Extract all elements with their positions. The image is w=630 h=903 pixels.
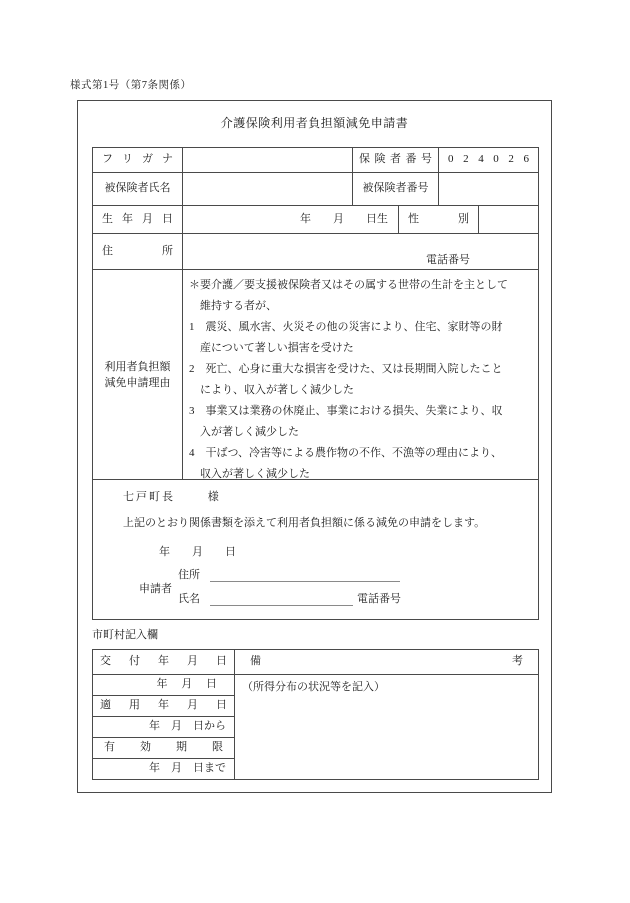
furigana-label: フ リ ガ ナ [93, 148, 183, 173]
applicant-phone-label: 電話番号 [357, 593, 401, 606]
remarks-label-right: 考 [512, 650, 523, 674]
municipal-table: 交 付 年 月 日 備 考 年 月 日 適 用 年 月 日 年 月 日から 有 … [92, 649, 539, 780]
request-cell: 七戸町長 様 上記のとおり関係書類を添えて利用者負担額に係る減免の申請をします。… [93, 480, 539, 620]
applicant-address-line: 住所 [178, 569, 401, 582]
remarks-header: 備 考 [235, 650, 539, 675]
apply-date-field[interactable]: 年 月 日から [93, 717, 235, 738]
municipal-body: 年 月 日 適 用 年 月 日 年 月 日から 有 効 期 限 年 月 日まで … [93, 675, 539, 780]
application-form-page: 様式第1号（第7条関係） 介護保険利用者負担額減免申請書 フ リ ガ ナ 保 険… [0, 0, 630, 903]
address-field[interactable]: 電話番号 [183, 234, 539, 270]
furigana-field[interactable] [183, 148, 353, 173]
reason-line: 収入が著しく減少した [189, 464, 532, 480]
applicant-label: 申請者 [139, 580, 172, 596]
reason-row: 利用者負担額 減免申請理由 ＊要介護／要支援被保険者又はその属する世帯の生計を主… [93, 270, 539, 480]
address-row: 住 所 電話番号 [93, 234, 539, 270]
insured-number-label: 被保険者番号 [353, 173, 439, 206]
reason-line: 産について著しい損害を受けた [189, 338, 532, 359]
remarks-field[interactable]: （所得分布の状況等を記入） [235, 675, 539, 780]
request-statement: 上記のとおり関係書類を添えて利用者負担額に係る減免の申請をします。 [123, 516, 538, 531]
addressee: 七戸町長 [123, 491, 175, 503]
sex-field[interactable] [479, 206, 539, 234]
validity-label: 有 効 期 限 [93, 738, 235, 759]
reason-label: 利用者負担額 減免申請理由 [93, 270, 183, 480]
municipal-section-label: 市町村記入欄 [92, 628, 551, 642]
reason-line: ＊要介護／要支援被保険者又はその属する世帯の生計を主として [189, 275, 532, 296]
reason-text: ＊要介護／要支援被保険者又はその属する世帯の生計を主として 維持する者が、 1 … [183, 270, 539, 480]
issue-date-field[interactable]: 年 月 日 [93, 675, 235, 696]
phone-number-label: 電話番号 [426, 251, 470, 267]
reason-line: により、収入が著しく減少した [189, 380, 532, 401]
applicant-block: 申請者 住所 氏名 電話番号 [139, 569, 538, 606]
validity-field[interactable]: 年 月 日まで [93, 759, 235, 780]
apply-date-label: 適 用 年 月 日 [93, 696, 235, 717]
info-table: フ リ ガ ナ 保 険 者 番 号 0 2 4 0 2 6 被保険者氏名 被保険… [92, 147, 539, 620]
applicant-address-label: 住所 [178, 569, 200, 582]
applicant-address-field[interactable] [210, 569, 400, 582]
birth-date-row: 生 年 月 日 年 月 日生 性 別 [93, 206, 539, 234]
birth-date-label: 生 年 月 日 [93, 206, 183, 234]
request-date-field[interactable]: 年 月 日 [159, 545, 538, 560]
insured-name-field[interactable] [183, 173, 353, 206]
insured-name-label: 被保険者氏名 [93, 173, 183, 206]
address-label: 住 所 [93, 234, 183, 270]
applicant-name-label: 氏名 [178, 593, 200, 606]
applicant-name-line: 氏名 電話番号 [178, 593, 401, 606]
issue-date-label: 交 付 年 月 日 [93, 650, 235, 675]
municipal-header-row: 交 付 年 月 日 備 考 [93, 650, 539, 675]
remarks-label-left: 備 [250, 650, 261, 674]
applicant-name-field[interactable] [210, 593, 353, 606]
addressee-line: 七戸町長 様 [123, 490, 538, 505]
reason-line: 入が著しく減少した [189, 422, 532, 443]
request-row: 七戸町長 様 上記のとおり関係書類を添えて利用者負担額に係る減免の申請をします。… [93, 480, 539, 620]
reason-line: 2 死亡、心身に重大な損害を受けた、又は長期間入院したこと [189, 359, 532, 380]
insured-number-field[interactable] [439, 173, 539, 206]
reason-line: 4 干ばつ、冷害等による農作物の不作、不漁等の理由により、 [189, 443, 532, 464]
insurer-number-value: 0 2 4 0 2 6 [439, 148, 539, 173]
sex-label: 性 別 [399, 206, 479, 234]
furigana-row: フ リ ガ ナ 保 険 者 番 号 0 2 4 0 2 6 [93, 148, 539, 173]
reason-line: 3 事業又は業務の休廃止、事業における損失、失業により、収 [189, 401, 532, 422]
insured-name-row: 被保険者氏名 被保険者番号 [93, 173, 539, 206]
form-number: 様式第1号（第7条関係） [70, 77, 192, 92]
insurer-number-label: 保 険 者 番 号 [353, 148, 439, 173]
form-title: 介護保険利用者負担額減免申請書 [78, 114, 551, 131]
birth-date-field[interactable]: 年 月 日生 [183, 206, 399, 234]
reason-line: 維持する者が、 [189, 296, 532, 317]
form-outer-box: 介護保険利用者負担額減免申請書 フ リ ガ ナ 保 険 者 番 号 0 2 4 … [77, 100, 552, 793]
reason-line: 1 震災、風水害、火災その他の災害により、住宅、家財等の財 [189, 317, 532, 338]
remarks-note: （所得分布の状況等を記入） [242, 681, 385, 693]
honorific: 様 [208, 491, 219, 503]
